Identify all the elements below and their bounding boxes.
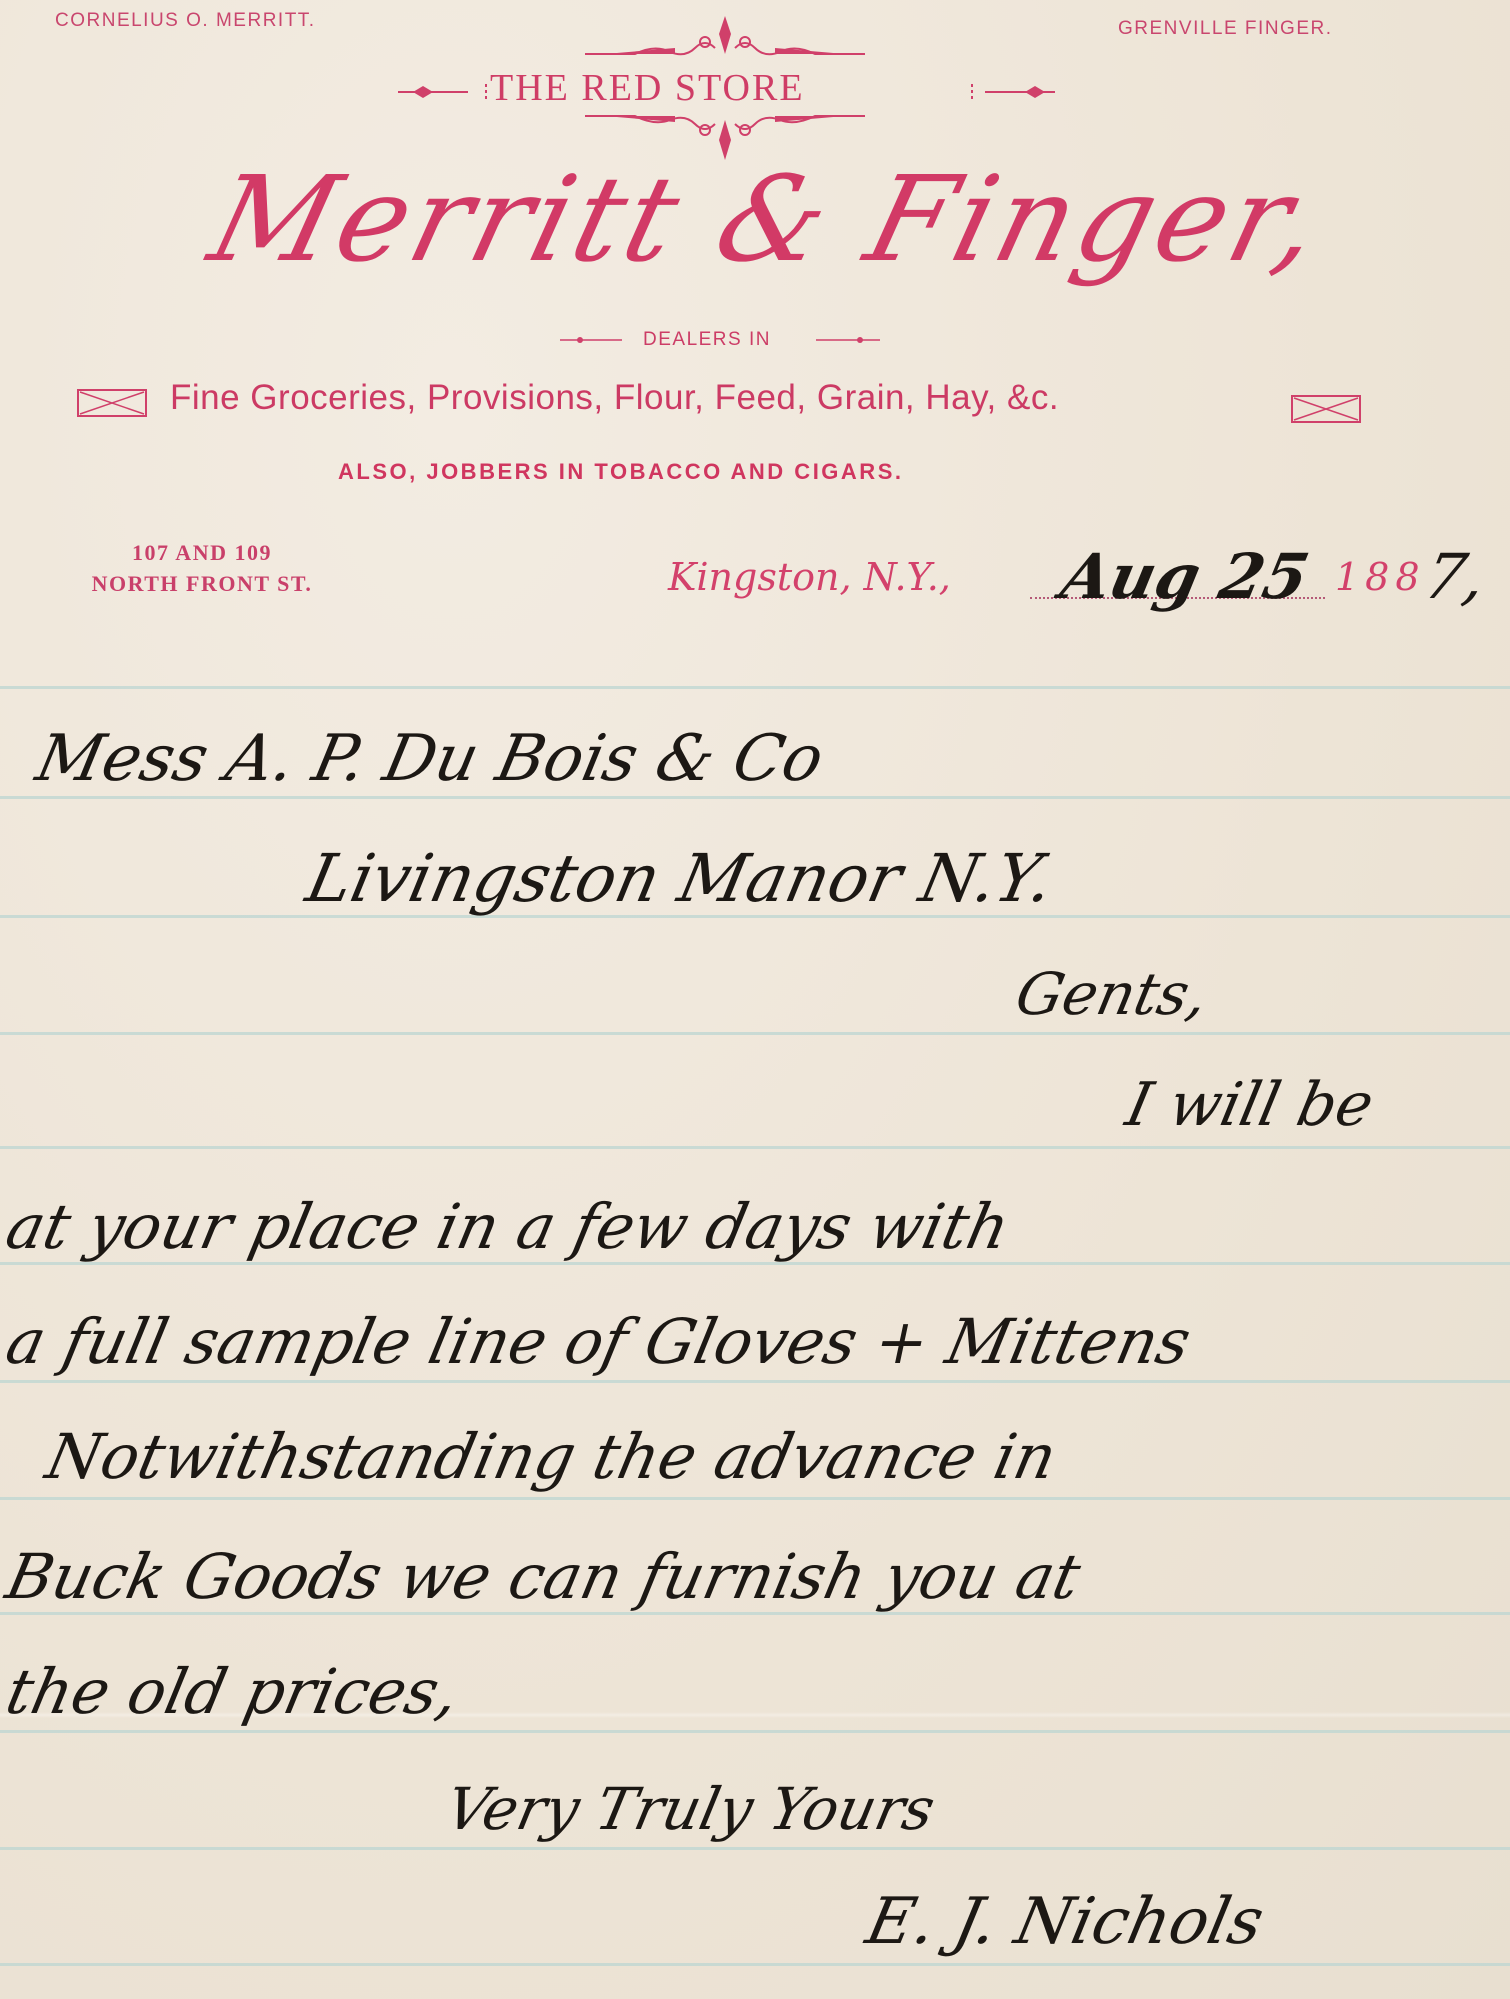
ruled-line bbox=[0, 1847, 1510, 1850]
scroll-ornament-left-icon bbox=[76, 386, 150, 420]
salutation: Gents, bbox=[1010, 960, 1214, 1028]
ruled-line bbox=[0, 1497, 1510, 1500]
tobacco-cigars-line: ALSO, JOBBERS IN TOBACCO AND CIGARS. bbox=[338, 459, 903, 485]
place-printed: Kingston, N.Y., bbox=[668, 555, 951, 599]
ruled-line bbox=[0, 796, 1510, 799]
ruled-line bbox=[0, 686, 1510, 689]
ornament-right-dash-icon bbox=[960, 80, 1060, 104]
address-line-1: 107 AND 109 bbox=[22, 537, 382, 568]
address-line-2: NORTH FRONT ST. bbox=[22, 568, 382, 599]
closing: Very Truly Yours bbox=[440, 1775, 941, 1843]
dealers-dash-left-icon bbox=[560, 332, 630, 348]
signature: E. J. Nichols bbox=[860, 1885, 1270, 1959]
recipient-line-1: Mess A. P. Du Bois & Co bbox=[30, 722, 830, 796]
partner-name-right: GRENVILLE FINGER. bbox=[1118, 18, 1333, 40]
ruled-line bbox=[0, 1032, 1510, 1035]
dealers-dash-right-icon bbox=[810, 332, 880, 348]
body-line-6: the old prices, bbox=[0, 1655, 465, 1728]
ruled-line bbox=[0, 1730, 1510, 1733]
body-line-4: Notwithstanding the advance in bbox=[40, 1420, 1063, 1493]
scroll-ornament-right-icon bbox=[1290, 392, 1364, 426]
goods-list: Fine Groceries, Provisions, Flour, Feed,… bbox=[170, 378, 1059, 418]
ornament-left-dash-icon bbox=[398, 80, 498, 104]
recipient-line-2: Livingston Manor N.Y. bbox=[300, 840, 1060, 917]
ruled-line bbox=[0, 1146, 1510, 1149]
store-name: THE RED STORE bbox=[490, 66, 805, 110]
ruled-line bbox=[0, 1963, 1510, 1966]
firm-name: Merritt & Finger, bbox=[198, 150, 1338, 288]
body-line-2: at your place in a few days with bbox=[0, 1190, 1016, 1263]
ruled-line bbox=[0, 1380, 1510, 1383]
year-printed: 188 bbox=[1335, 555, 1426, 599]
body-line-5: Buck Goods we can furnish you at bbox=[0, 1540, 1087, 1613]
street-address: 107 AND 109 NORTH FRONT ST. bbox=[22, 537, 382, 599]
dealers-in-label: DEALERS IN bbox=[643, 329, 771, 351]
body-line-1: I will be bbox=[1120, 1070, 1380, 1140]
ornament-top-icon bbox=[575, 14, 875, 56]
body-line-3: a full sample line of Gloves + Mittens bbox=[0, 1305, 1197, 1378]
date-handwritten: Aug 25 bbox=[1055, 540, 1315, 613]
partner-name-left: CORNELIUS O. MERRITT. bbox=[55, 10, 316, 32]
year-handwritten: 7, bbox=[1418, 540, 1493, 613]
